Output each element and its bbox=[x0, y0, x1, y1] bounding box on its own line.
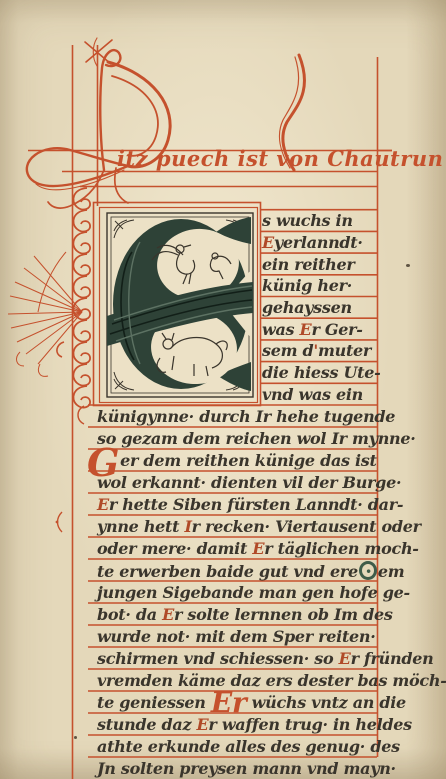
text-segment: s wuchs in bbox=[262, 211, 353, 230]
green-ring-versal bbox=[359, 561, 377, 580]
text-segment: die hiess Ute- bbox=[262, 363, 380, 382]
text-segment: schirmen vnd schiessen· so bbox=[97, 649, 339, 668]
full-text-line-1: künigynne· durch Ir hehe tugende bbox=[97, 407, 379, 429]
full-text-line-5: Er hette Siben fürsten Lanndt· dar- bbox=[97, 495, 379, 517]
full-text-line-6: ynne hett Ir recken· Viertausent oder bbox=[97, 517, 379, 539]
narrow-text-line-2: Eyerlanndt· bbox=[262, 233, 376, 255]
full-text-line-3: Ger dem reithen künige das ist bbox=[97, 451, 379, 473]
text-segment: künig her· bbox=[262, 276, 352, 295]
text-segment: gehayssen bbox=[262, 298, 352, 317]
text-segment: künigynne· durch Ir hehe tugende bbox=[97, 407, 395, 426]
text-segment: stunde daz bbox=[97, 715, 197, 734]
full-text-line-8: te erwerben baide gut vnd ereem bbox=[97, 561, 379, 583]
full-text-line-14: te geniessen Er wüchs vntz an die bbox=[97, 693, 379, 715]
text-segment: sem d bbox=[262, 341, 313, 360]
full-text-line-11: wurde not· mit dem Sper reiten· bbox=[97, 627, 379, 649]
text-segment: E bbox=[197, 715, 209, 734]
title-text: itz puech ist von Chautrun bbox=[117, 147, 443, 174]
text-segment: wurde not· mit dem Sper reiten· bbox=[97, 627, 376, 646]
narrow-text-line-7: sem d'muter bbox=[262, 341, 376, 363]
illuminated-initial-e bbox=[106, 212, 254, 398]
full-text-line-12: schirmen vnd schiessen· so Er fründen bbox=[97, 649, 379, 671]
full-text-line-16: athte erkunde alles des genug· des bbox=[97, 737, 379, 759]
manuscript-page: itz puech ist von Chautrun s wuchs inEye… bbox=[0, 0, 446, 779]
full-text-line-10: bot· da Er solte lernnen ob Im des bbox=[97, 605, 379, 627]
full-text-line-17: Jn solten preysen mann vnd mayn· bbox=[97, 759, 379, 779]
text-segment: ein reither bbox=[262, 255, 354, 274]
text-segment: was bbox=[262, 320, 300, 339]
text-segment: yerlanndt· bbox=[274, 233, 363, 252]
full-text-line-2: so gezam dem reichen wol Ir mynne· bbox=[97, 429, 379, 451]
full-text-line-15: stunde daz Er waffen trug· in heldes bbox=[97, 715, 379, 737]
text-segment: te erwerben baide gut vnd ere bbox=[97, 562, 358, 581]
narrow-text-line-4: künig her· bbox=[262, 276, 376, 298]
text-segment: wüchs vntz an die bbox=[246, 693, 406, 712]
full-text-line-7: oder mere· damit Er täglichen moch- bbox=[97, 539, 379, 561]
chain-ornament bbox=[73, 188, 90, 424]
text-segment: te geniessen bbox=[97, 693, 211, 712]
narrow-text-line-3: ein reither bbox=[262, 255, 376, 277]
text-segment: E bbox=[162, 605, 174, 624]
narrow-text-line-8: die hiess Ute- bbox=[262, 363, 376, 385]
full-text-line-9: jungen Sigebande man gen hofe ge- bbox=[97, 583, 379, 605]
text-segment: r hette Siben fürsten Lanndt· dar- bbox=[109, 495, 403, 514]
text-segment: bot· da bbox=[97, 605, 162, 624]
text-segment: wol erkannt· dienten vil der Burge· bbox=[97, 473, 401, 492]
text-segment: r waffen trug· in heldes bbox=[208, 715, 411, 734]
text-segment: E bbox=[339, 649, 351, 668]
text-segment: jungen Sigebande man gen hofe ge- bbox=[97, 583, 410, 602]
text-segment: E bbox=[252, 539, 264, 558]
text-segment: ynne hett bbox=[97, 517, 184, 536]
narrow-text-line-1: s wuchs in bbox=[262, 211, 376, 233]
text-segment: E bbox=[97, 495, 109, 514]
text-segment: r recken· Viertausent oder bbox=[192, 517, 421, 536]
narrow-text-line-9: vnd was ein bbox=[262, 385, 376, 407]
text-segment: E bbox=[262, 233, 274, 252]
text-segment: Jn solten preysen mann vnd mayn· bbox=[97, 759, 396, 778]
text-segment: vnd was ein bbox=[262, 385, 363, 404]
foxing-speck bbox=[74, 736, 77, 739]
text-segment: r fründen bbox=[351, 649, 434, 668]
text-segment: athte erkunde alles des genug· des bbox=[97, 737, 400, 756]
text-segment: r solte lernnen ob Im des bbox=[174, 605, 393, 624]
text-segment: muter bbox=[318, 341, 371, 360]
text-segment: er dem reithen künige das ist bbox=[120, 451, 376, 470]
text-segment: r täglichen moch- bbox=[264, 539, 418, 558]
narrow-text-line-5: gehayssen bbox=[262, 298, 376, 320]
text-segment: r Ger- bbox=[311, 320, 362, 339]
text-segment: vremden käme daz ers dester bas möch- bbox=[97, 671, 446, 690]
full-text-line-4: wol erkannt· dienten vil der Burge· bbox=[97, 473, 379, 495]
foxing-speck bbox=[406, 264, 410, 267]
text-segment: oder mere· damit bbox=[97, 539, 252, 558]
text-segment: I bbox=[184, 517, 191, 536]
text-segment: so gezam dem reichen wol Ir mynne· bbox=[97, 429, 416, 448]
text-segment: em bbox=[378, 562, 405, 581]
narrow-text-line-6: was Er Ger- bbox=[262, 320, 376, 342]
cadel-d-flourish bbox=[27, 38, 170, 208]
ray-burst-flourish bbox=[8, 252, 82, 532]
text-segment: E bbox=[300, 320, 312, 339]
